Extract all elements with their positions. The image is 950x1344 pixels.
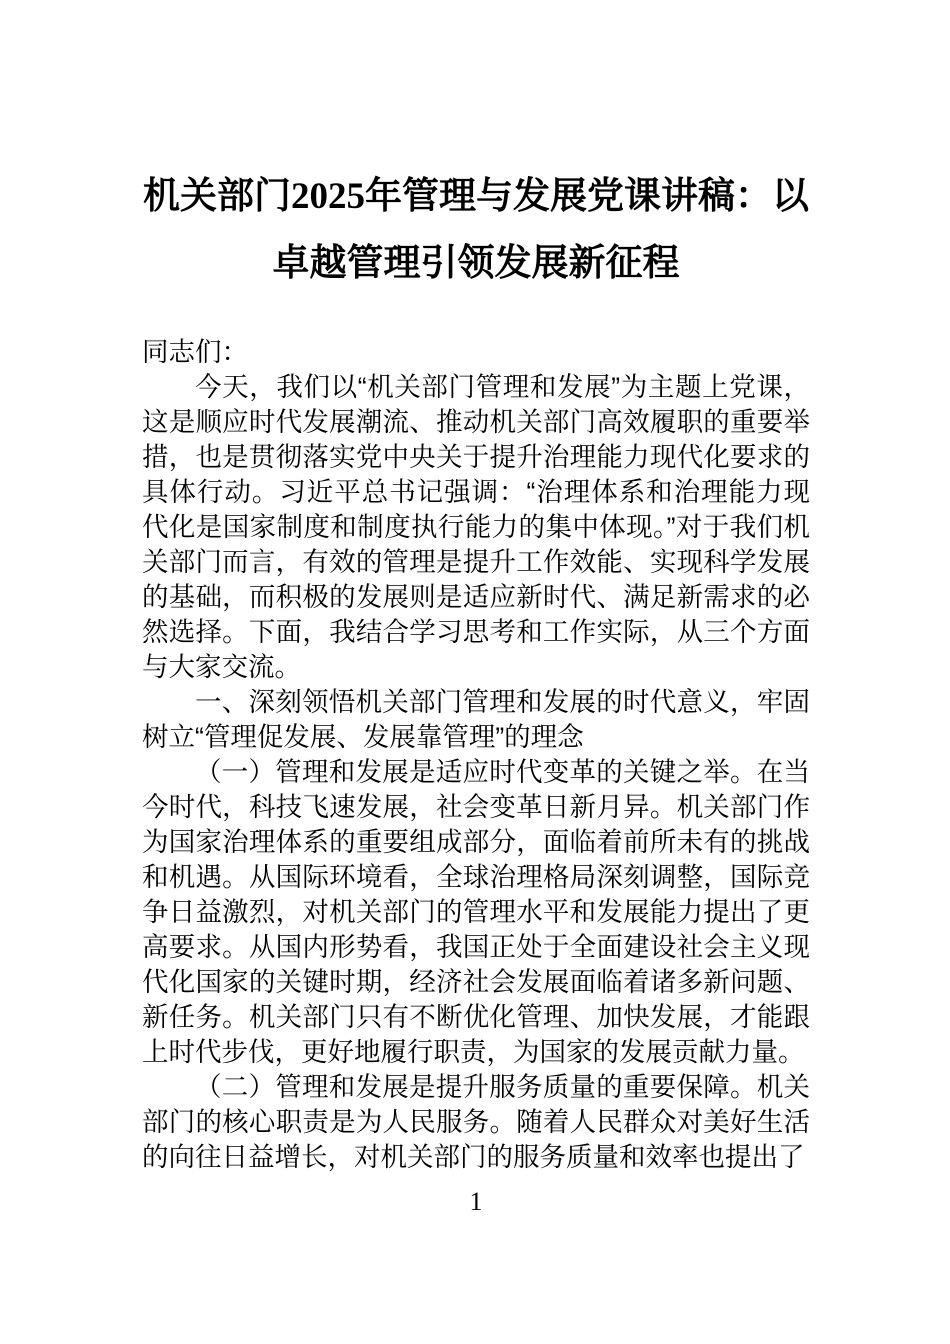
- document-page: 机关部门2025年管理与发展党课讲稿：以 卓越管理引领发展新征程 同志们： 今天…: [0, 0, 950, 1344]
- intro-paragraph: 今天，我们以“机关部门管理和发展”为主题上党课，这是顺应时代发展潮流、推动机关部…: [142, 370, 810, 685]
- document-body: 同志们： 今天，我们以“机关部门管理和发展”为主题上党课，这是顺应时代发展潮流、…: [142, 335, 810, 1175]
- document-title: 机关部门2025年管理与发展党课讲稿：以 卓越管理引领发展新征程: [142, 163, 810, 297]
- salutation: 同志们：: [142, 335, 810, 370]
- subsection-paragraph-2: （二）管理和发展是提升服务质量的重要保障。机关部门的核心职责是为人民服务。随着人…: [142, 1070, 810, 1175]
- section-heading-1: 一、深刻领悟机关部门管理和发展的时代意义，牢固树立“管理促发展、发展靠管理”的理…: [142, 685, 810, 755]
- subsection-paragraph-1: （一）管理和发展是适应时代变革的关键之举。在当今时代，科技飞速发展，社会变革日新…: [142, 755, 810, 1070]
- title-line-1: 机关部门2025年管理与发展党课讲稿：以: [142, 163, 810, 230]
- page-number: 1: [142, 1187, 810, 1217]
- title-line-2: 卓越管理引领发展新征程: [142, 230, 810, 297]
